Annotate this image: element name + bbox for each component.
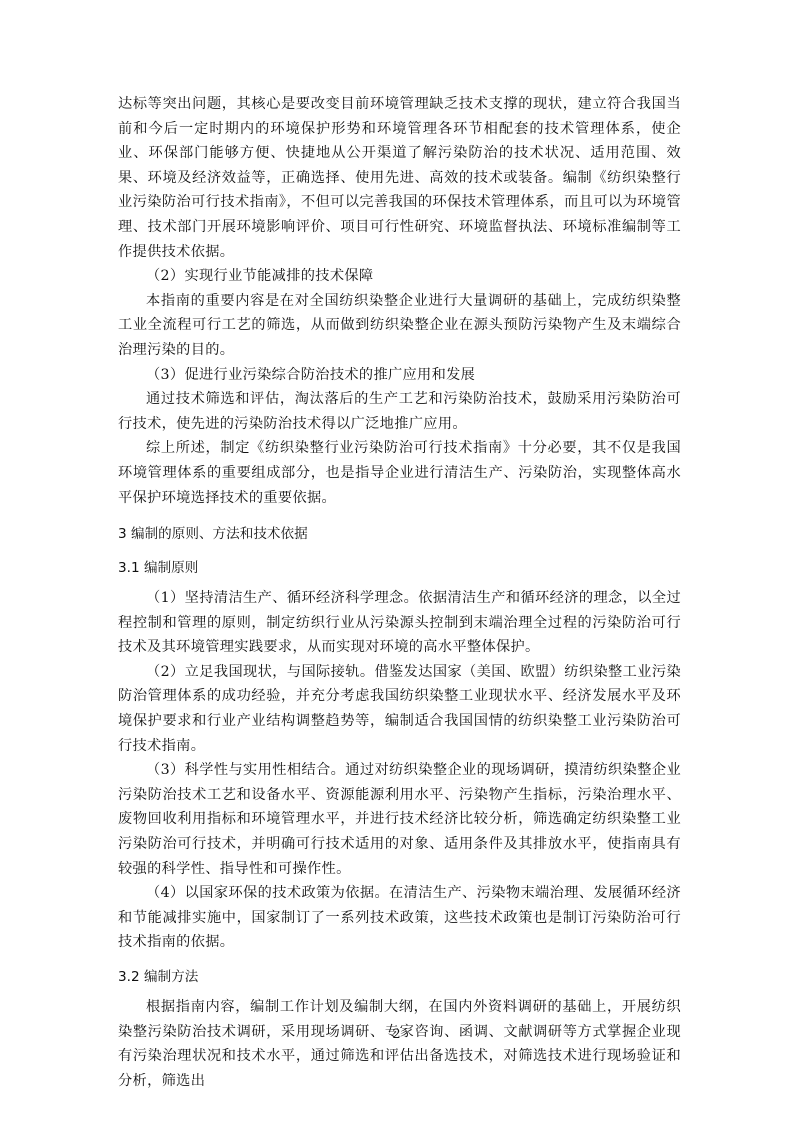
section-heading-3-2: 3.2 编制方法 [118,965,681,989]
method-paragraph: 根据指南内容，编制工作计划及编制大纲，在国内外资料调研的基础上，开展纺织染整污染… [118,995,681,1093]
body-paragraph: 本指南的重要内容是在对全国纺织染整企业进行大量调研的基础上，完成纺织染整工业全流… [118,289,681,363]
principle-paragraph: （2）立足我国现状，与国际接轨。借鉴发达国家（美国、欧盟）纺织染整工业污染防治管… [118,660,681,758]
principle-paragraph: （3）科学性与实用性相结合。通过对纺织染整企业的现场调研，摸清纺织染整企业污染防… [118,758,681,881]
principle-paragraph: （4）以国家环保的技术政策为依据。在清洁生产、污染物末端治理、发展循环经济和节能… [118,881,681,955]
section-heading-3: 3 编制的原则、方法和技术依据 [118,522,681,546]
list-item-heading: （3）促进行业污染综合防治技术的推广应用和发展 [118,363,681,388]
body-paragraph: 通过技术筛选和评估，淘汰落后的生产工艺和污染防治技术，鼓励采用污染防治可行技术，… [118,387,681,436]
page-number: 2 [0,1027,793,1042]
body-paragraph: 综上所述，制定《纺织染整行业污染防治可行技术指南》十分必要，其不仅是我国环境管理… [118,436,681,510]
body-paragraph: 达标等突出问题，其核心是要改变目前环境管理缺乏技术支撑的现状，建立符合我国当前和… [118,92,681,264]
document-page: 达标等突出问题，其核心是要改变目前环境管理缺乏技术支撑的现状，建立符合我国当前和… [118,92,681,1093]
principle-paragraph: （1）坚持清洁生产、循环经济科学理念。依据清洁生产和循环经济的理念，以全过程控制… [118,586,681,660]
list-item-heading: （2）实现行业节能减排的技术保障 [118,264,681,289]
section-heading-3-1: 3.1 编制原则 [118,556,681,580]
